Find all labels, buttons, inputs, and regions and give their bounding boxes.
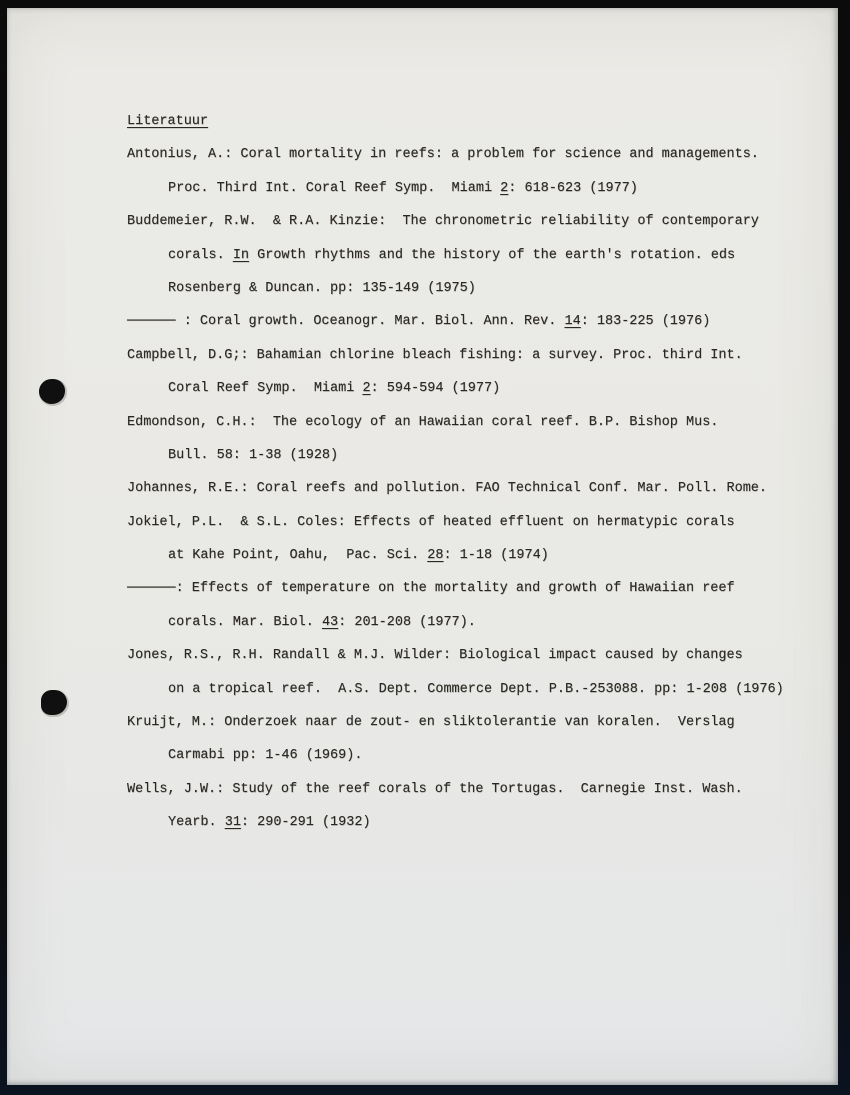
reference-line: corals. In Growth rhythms and the histor… bbox=[127, 239, 827, 272]
underlined-text: In bbox=[233, 248, 249, 263]
reference-text: corals. Mar. Biol. bbox=[168, 615, 322, 630]
reference-text: Yearb. bbox=[168, 815, 225, 830]
reference-text: Proc. Third Int. Coral Reef Symp. Miami bbox=[168, 181, 500, 196]
reference-line: Edmondson, C.H.: The ecology of an Hawai… bbox=[127, 406, 827, 439]
reference-line: Yearb. 31: 290-291 (1932) bbox=[127, 806, 827, 839]
reference-text: Jokiel, P.L. & S.L. Coles: Effects of he… bbox=[127, 515, 735, 530]
reference-line: Rosenberg & Duncan. pp: 135-149 (1975) bbox=[127, 272, 827, 305]
reference-line: Jones, R.S., R.H. Randall & M.J. Wilder:… bbox=[127, 639, 827, 672]
reference-line: ────── : Coral growth. Oceanogr. Mar. Bi… bbox=[127, 305, 827, 338]
reference-line: Coral Reef Symp. Miami 2: 594-594 (1977) bbox=[127, 372, 827, 405]
reference-text: Campbell, D.G;: Bahamian chlorine bleach… bbox=[127, 348, 743, 363]
reference-text: Edmondson, C.H.: The ecology of an Hawai… bbox=[127, 415, 718, 430]
reference-text: at Kahe Point, Oahu, Pac. Sci. bbox=[168, 548, 427, 563]
reference-line: on a tropical reef. A.S. Dept. Commerce … bbox=[127, 673, 827, 706]
reference-text: Growth rhythms and the history of the ea… bbox=[249, 248, 735, 263]
reference-text: Kruijt, M.: Onderzoek naar de zout- en s… bbox=[127, 715, 735, 730]
reference-text: corals. bbox=[168, 248, 233, 263]
punch-hole-icon bbox=[41, 690, 67, 715]
reference-text: : 594-594 (1977) bbox=[371, 381, 501, 396]
underlined-text: 43 bbox=[322, 615, 338, 630]
bibliography-text: Literatuur Antonius, A.: Coral mortality… bbox=[127, 105, 827, 840]
reference-text: on a tropical reef. A.S. Dept. Commerce … bbox=[168, 682, 784, 697]
reference-text: Jones, R.S., R.H. Randall & M.J. Wilder:… bbox=[127, 648, 743, 663]
reference-line: at Kahe Point, Oahu, Pac. Sci. 28: 1-18 … bbox=[127, 539, 827, 572]
punch-hole-icon bbox=[39, 379, 65, 404]
reference-text: Rosenberg & Duncan. pp: 135-149 (1975) bbox=[168, 281, 476, 296]
reference-text: Johannes, R.E.: Coral reefs and pollutio… bbox=[127, 481, 767, 496]
reference-line: Carmabi pp: 1-46 (1969). bbox=[127, 739, 827, 772]
reference-text: : 1-18 (1974) bbox=[443, 548, 548, 563]
underlined-text: 28 bbox=[427, 548, 443, 563]
underlined-text: 31 bbox=[225, 815, 241, 830]
reference-text: Carmabi pp: 1-46 (1969). bbox=[168, 748, 362, 763]
reference-line: Proc. Third Int. Coral Reef Symp. Miami … bbox=[127, 172, 827, 205]
reference-text: : 618-623 (1977) bbox=[508, 181, 638, 196]
reference-line: corals. Mar. Biol. 43: 201-208 (1977). bbox=[127, 606, 827, 639]
reference-text: ────── : Coral growth. Oceanogr. Mar. Bi… bbox=[127, 314, 564, 329]
reference-line: Wells, J.W.: Study of the reef corals of… bbox=[127, 773, 827, 806]
reference-text: Antonius, A.: Coral mortality in reefs: … bbox=[127, 147, 759, 162]
reference-text: Wells, J.W.: Study of the reef corals of… bbox=[127, 782, 743, 797]
reference-text: : 201-208 (1977). bbox=[338, 615, 476, 630]
reference-line: Bull. 58: 1-38 (1928) bbox=[127, 439, 827, 472]
paper-sheet: Literatuur Antonius, A.: Coral mortality… bbox=[7, 8, 838, 1085]
reference-text: : 290-291 (1932) bbox=[241, 815, 371, 830]
reference-text: Coral Reef Symp. Miami bbox=[168, 381, 362, 396]
underlined-text: 2 bbox=[362, 381, 370, 396]
underlined-text: 14 bbox=[564, 314, 580, 329]
reference-text: Bull. 58: 1-38 (1928) bbox=[168, 448, 338, 463]
reference-line: Kruijt, M.: Onderzoek naar de zout- en s… bbox=[127, 706, 827, 739]
reference-line: Johannes, R.E.: Coral reefs and pollutio… bbox=[127, 472, 827, 505]
reference-line: Jokiel, P.L. & S.L. Coles: Effects of he… bbox=[127, 506, 827, 539]
reference-line: ──────: Effects of temperature on the mo… bbox=[127, 572, 827, 605]
reference-text: ──────: Effects of temperature on the mo… bbox=[127, 581, 735, 596]
reference-list: Antonius, A.: Coral mortality in reefs: … bbox=[127, 138, 827, 839]
reference-text: Buddemeier, R.W. & R.A. Kinzie: The chro… bbox=[127, 214, 759, 229]
reference-line: Buddemeier, R.W. & R.A. Kinzie: The chro… bbox=[127, 205, 827, 238]
reference-line: Campbell, D.G;: Bahamian chlorine bleach… bbox=[127, 339, 827, 372]
reference-text: : 183-225 (1976) bbox=[581, 314, 711, 329]
scanned-page: Literatuur Antonius, A.: Coral mortality… bbox=[0, 0, 850, 1095]
reference-line: Antonius, A.: Coral mortality in reefs: … bbox=[127, 138, 827, 171]
page-title: Literatuur bbox=[127, 105, 827, 138]
